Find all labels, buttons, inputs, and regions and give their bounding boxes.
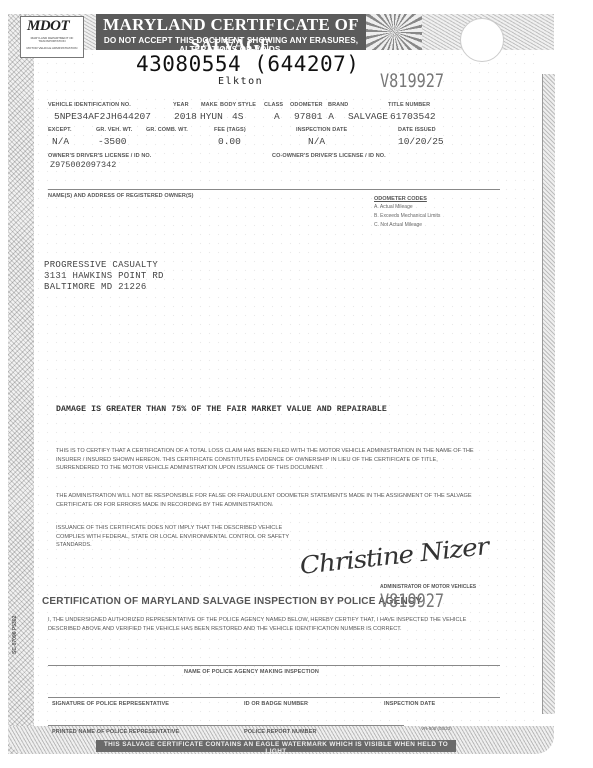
body-style-label: Body Style bbox=[220, 102, 256, 108]
inspection-date-label: Inspection Date bbox=[296, 127, 347, 133]
odometer-code-b: B. Exceeds Mechanical Limits bbox=[374, 213, 440, 219]
salvage-certificate: MDOT MARYLAND DEPARTMENT OF TRANSPORTATI… bbox=[8, 14, 552, 754]
printed-name-line bbox=[48, 725, 404, 726]
inspection-date-value: N/A bbox=[308, 136, 325, 147]
control-number: V819927 bbox=[380, 70, 444, 92]
guilloche-seal-icon bbox=[366, 14, 422, 50]
except-value: N/A bbox=[52, 136, 69, 147]
brand-value: SALVAGE bbox=[348, 111, 388, 122]
odometer-codes-title: ODOMETER CODES bbox=[374, 196, 427, 202]
odometer-code-a: A. Actual Mileage bbox=[374, 204, 413, 210]
police-statement: I, the undersigned authorized representa… bbox=[48, 616, 488, 633]
fee-tags-value: 0.00 bbox=[218, 136, 241, 147]
year-value: 2018 bbox=[174, 111, 197, 122]
police-report-number-label: Police Report Number bbox=[244, 729, 317, 735]
odometer-value: 97801 A bbox=[294, 111, 334, 122]
header-band: MARYLAND CERTIFICATE OF SALVAGE DO NOT A… bbox=[96, 14, 366, 50]
vin-value: 5NPE34AF2JH644207 bbox=[54, 111, 151, 122]
odometer-code-c: C. Not Actual Mileage bbox=[374, 222, 422, 228]
damage-statement: DAMAGE IS GREATER THAN 75% OF THE FAIR M… bbox=[56, 405, 387, 414]
owner-address-street: 3131 HAWKINS POINT RD bbox=[44, 271, 164, 281]
mdot-logo: MDOT MARYLAND DEPARTMENT OF TRANSPORTATI… bbox=[20, 16, 84, 58]
owner-license-value: Z975002097342 bbox=[50, 160, 116, 170]
printed-name-label: Printed Name of Police Representative bbox=[52, 729, 179, 735]
date-issued-value: 10/20/25 bbox=[398, 136, 444, 147]
owner-name-address-label: Name(s) and Address of Registered Owner(… bbox=[48, 193, 194, 199]
side-form-number: SC-07096 P5302 bbox=[12, 594, 18, 654]
compliance-paragraph: Issuance of this certificate does not im… bbox=[56, 524, 306, 550]
co-owner-license-label: Co-Owner's Driver's License / ID No. bbox=[272, 153, 386, 159]
embossed-seal-icon bbox=[460, 18, 504, 62]
form-number: VR-008 (05/23) bbox=[421, 726, 452, 731]
mdot-logo-subtitle: MARYLAND DEPARTMENT OF TRANSPORTATION bbox=[25, 37, 79, 43]
mdot-logo-text: MDOT bbox=[27, 18, 69, 35]
gross-combined-weight-label: Gr. Comb. Wt. bbox=[146, 127, 188, 133]
except-label: Except. bbox=[48, 127, 72, 133]
brand-label: Brand bbox=[328, 102, 348, 108]
owner-name: PROGRESSIVE CASUALTY bbox=[44, 260, 158, 270]
gross-vehicle-weight-value: -3500 bbox=[98, 136, 127, 147]
police-inspection-title: CERTIFICATION OF MARYLAND SALVAGE INSPEC… bbox=[42, 596, 422, 607]
police-signature-label: Signature of Police Representative bbox=[52, 701, 169, 707]
class-value: A bbox=[274, 111, 280, 122]
gross-vehicle-weight-label: Gr. Veh. Wt. bbox=[96, 127, 132, 133]
odometer-label: Odometer bbox=[290, 102, 323, 108]
certificate-number: 43080554 (644207) bbox=[136, 52, 359, 76]
badge-number-label: ID or Badge Number bbox=[244, 701, 308, 707]
responsibility-paragraph: The Administration will not be responsib… bbox=[56, 492, 476, 509]
class-label: Class bbox=[264, 102, 283, 108]
owner-license-label: Owner's Driver's License / ID No. bbox=[48, 153, 151, 159]
fee-tags-label: Fee (Tags) bbox=[214, 127, 246, 133]
title-number-value: 61703542 bbox=[390, 111, 436, 122]
vin-label: Vehicle Identification No. bbox=[48, 102, 131, 108]
police-agency-label: Name of Police Agency Making Inspection bbox=[184, 669, 319, 675]
watermark-notice-band: THIS SALVAGE CERTIFICATE CONTAINS AN EAG… bbox=[96, 740, 456, 752]
signature-line bbox=[48, 697, 500, 698]
issuing-city: Elkton bbox=[218, 76, 263, 87]
agency-line bbox=[48, 665, 500, 666]
police-inspection-date-label: Inspection Date bbox=[384, 701, 435, 707]
mva-logo-subtitle: MOTOR VEHICLE ADMINISTRATION bbox=[25, 47, 79, 50]
make-value: HYUN bbox=[200, 111, 223, 122]
divider bbox=[48, 189, 500, 190]
certify-paragraph: This is to certify that a certification … bbox=[56, 447, 476, 473]
make-label: Make bbox=[201, 102, 218, 108]
ornamental-border-right bbox=[542, 74, 555, 714]
year-label: Year bbox=[173, 102, 189, 108]
title-number-label: Title Number bbox=[388, 102, 430, 108]
owner-address-city: BALTIMORE MD 21226 bbox=[44, 282, 147, 292]
body-style-value: 4S bbox=[232, 111, 243, 122]
police-control-number: V819927 bbox=[380, 590, 444, 612]
watermark-notice: THIS SALVAGE CERTIFICATE CONTAINS AN EAG… bbox=[96, 741, 456, 755]
date-issued-label: Date Issued bbox=[398, 127, 436, 133]
